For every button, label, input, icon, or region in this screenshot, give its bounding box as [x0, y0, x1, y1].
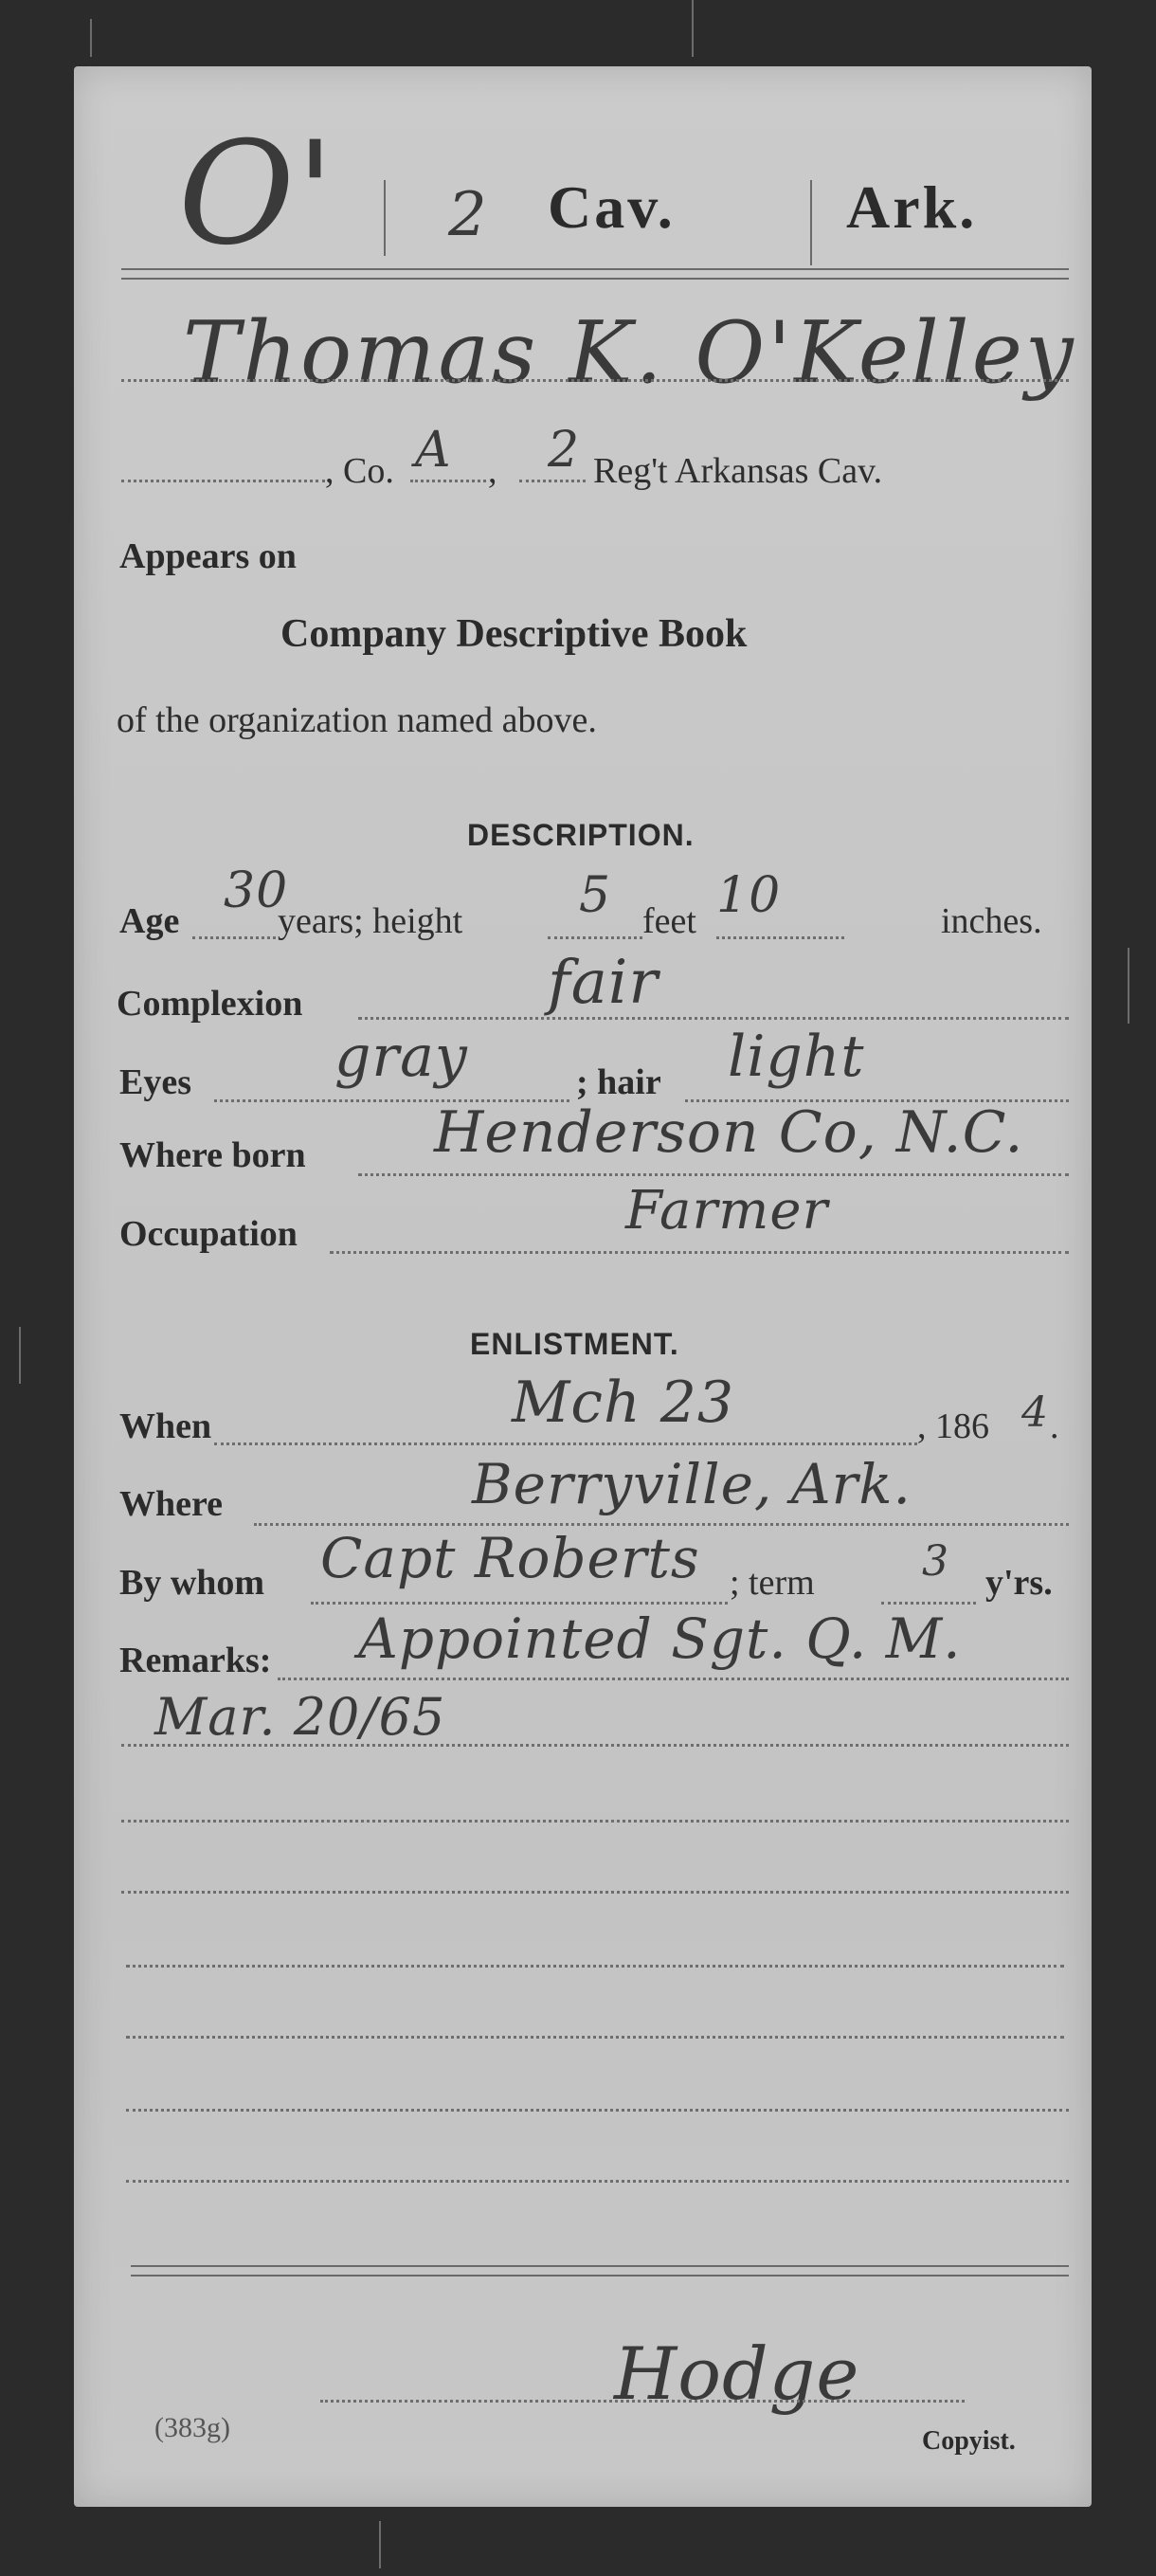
- eyes-label: Eyes: [119, 1061, 191, 1103]
- comma: ,: [488, 450, 497, 492]
- footer-rule-top: [131, 2265, 1069, 2267]
- term-unit: y'rs.: [985, 1562, 1053, 1604]
- inches-value: 10: [716, 867, 781, 924]
- when-value: Mch 23: [512, 1370, 734, 1436]
- header-rule-top: [121, 268, 1069, 270]
- remarks-line-1: Appointed Sgt. Q. M.: [358, 1606, 962, 1671]
- appears-on-label: Appears on: [119, 535, 297, 577]
- where-born-value: Henderson Co, N.C.: [434, 1099, 1023, 1166]
- record-title: Company Descriptive Book: [280, 611, 747, 657]
- soldier-name: Thomas K. O'Kelley: [183, 303, 1076, 403]
- header-rule-bottom: [121, 278, 1069, 280]
- header-arm: Cav.: [548, 172, 676, 243]
- organization-label: of the organization named above.: [117, 699, 597, 741]
- years-height-label: years; height: [278, 900, 462, 942]
- film-scratch: [1128, 948, 1129, 1024]
- rank-line: [121, 480, 325, 482]
- remarks-rule-2: [121, 1744, 1069, 1747]
- complexion-label: Complexion: [117, 983, 302, 1025]
- year-suffix: .: [1050, 1406, 1059, 1447]
- by-whom-line: [311, 1602, 728, 1605]
- header-state: Ark.: [846, 172, 977, 243]
- remarks-rule-3: [121, 1820, 1069, 1823]
- remarks-label: Remarks:: [119, 1640, 271, 1681]
- by-whom-label: By whom: [119, 1562, 264, 1604]
- feet-value: 5: [579, 867, 611, 924]
- inches-label: inches.: [941, 900, 1042, 942]
- term-line: [881, 1602, 976, 1605]
- enlistment-heading: ENLISTMENT.: [470, 1327, 679, 1362]
- year-digit: 4: [1021, 1388, 1049, 1437]
- name-line: [121, 379, 1069, 382]
- signature-line: [320, 2400, 965, 2403]
- where-born-label: Where born: [119, 1134, 306, 1176]
- remarks-rule-6: [126, 2036, 1064, 2039]
- where-label: Where: [119, 1483, 223, 1525]
- footer-rule-bottom: [131, 2275, 1069, 2277]
- year-prefix: , 186: [917, 1406, 989, 1447]
- when-label: When: [119, 1406, 211, 1447]
- where-value: Berryville, Ark.: [472, 1452, 912, 1516]
- remarks-rule-8: [126, 2180, 1069, 2183]
- film-scratch: [692, 0, 694, 57]
- film-scratch: [19, 1327, 21, 1384]
- co-label: , Co.: [325, 450, 394, 492]
- where-born-line: [358, 1173, 1069, 1176]
- complexion-line: [358, 1017, 1069, 1020]
- copyist-signature: Hodge: [614, 2331, 859, 2416]
- remarks-line-2: Mar. 20/65: [154, 1687, 445, 1747]
- surname-initial: O': [178, 123, 335, 265]
- term-label: ; term: [730, 1562, 815, 1604]
- eyes-value: gray: [334, 1024, 468, 1090]
- regiment-suffix: Reg't Arkansas Cav.: [593, 450, 882, 492]
- remarks-rule-1: [278, 1678, 1069, 1680]
- inches-line: [716, 936, 844, 939]
- occupation-value: Farmer: [625, 1180, 828, 1242]
- feet-label: feet: [642, 900, 696, 942]
- occupation-line: [330, 1251, 1069, 1254]
- company-line: [410, 480, 486, 482]
- remarks-rule-4: [121, 1891, 1069, 1894]
- header-regiment-number: 2: [448, 180, 488, 250]
- remarks-rule-7: [126, 2109, 1069, 2112]
- complexion-value: fair: [548, 948, 659, 1018]
- occupation-label: Occupation: [119, 1213, 298, 1255]
- header-divider: [384, 180, 386, 256]
- description-heading: DESCRIPTION.: [467, 818, 695, 853]
- age-label: Age: [119, 900, 179, 942]
- hair-value: light: [728, 1024, 865, 1090]
- film-scratch: [90, 19, 92, 57]
- service-record-card: O' 2 Cav. Ark. Thomas K. O'Kelley , Co. …: [74, 66, 1092, 2507]
- feet-line: [548, 936, 642, 939]
- age-line: [192, 936, 276, 939]
- copyist-label: Copyist.: [922, 2426, 1016, 2457]
- hair-label: ; hair: [576, 1061, 661, 1103]
- film-scratch: [379, 2521, 381, 2568]
- form-number: (383g): [154, 2412, 230, 2444]
- regiment-value: 2: [548, 422, 580, 479]
- by-whom-value: Capt Roberts: [320, 1526, 700, 1590]
- company-value: A: [415, 422, 452, 479]
- remarks-rule-5: [126, 1965, 1064, 1968]
- term-value: 3: [922, 1537, 949, 1586]
- regiment-line: [519, 480, 586, 482]
- header-divider: [810, 180, 812, 265]
- when-line: [214, 1442, 917, 1445]
